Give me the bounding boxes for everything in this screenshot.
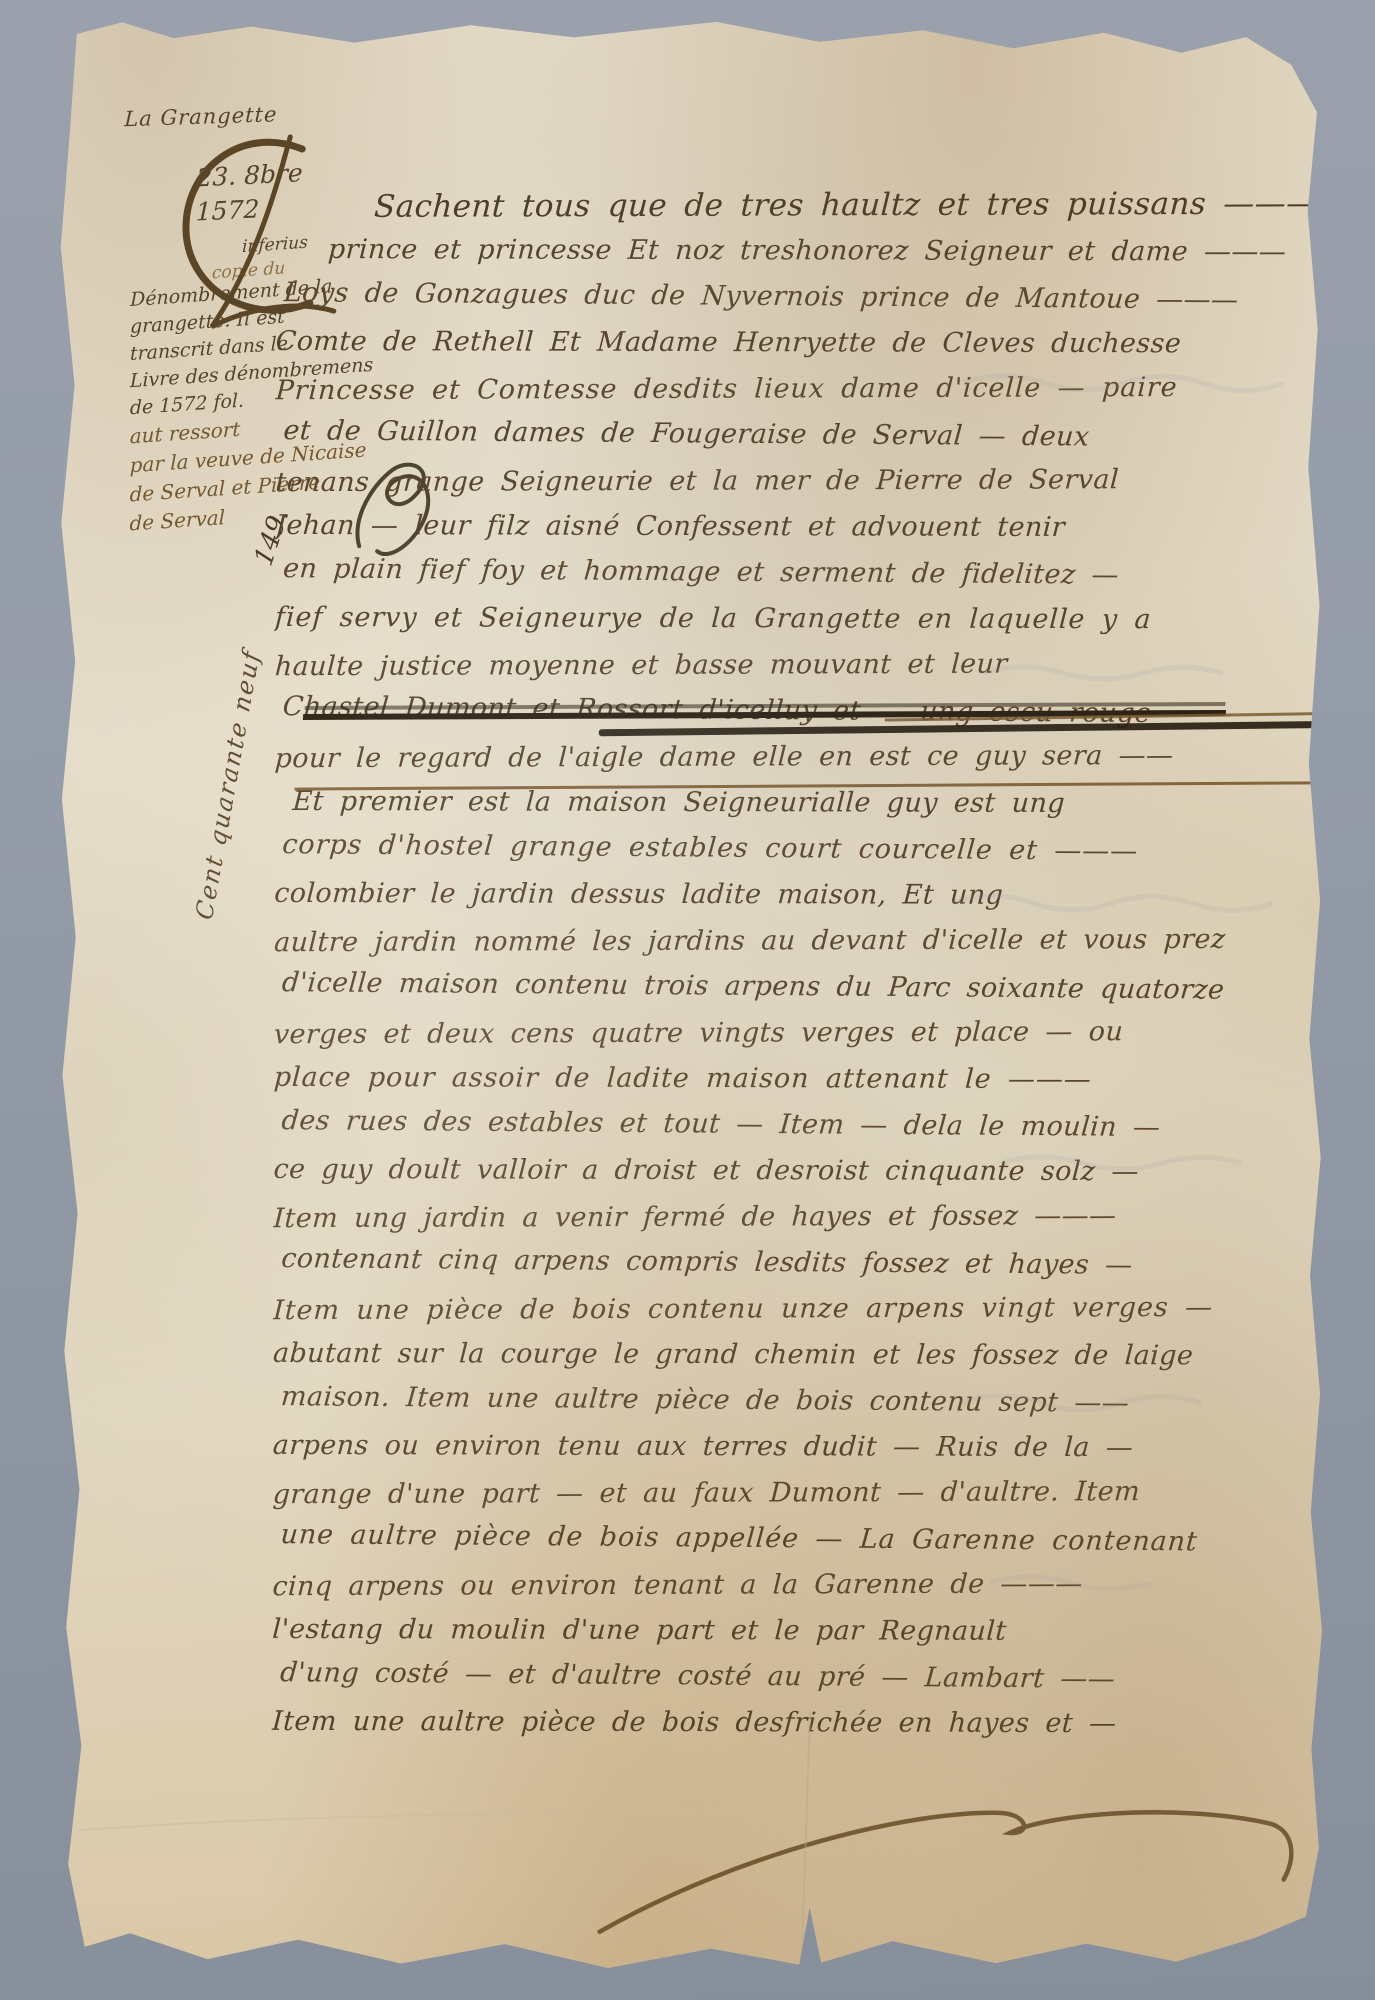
manuscript-line: des rues des estables et tout — Item — d… <box>280 1098 1356 1152</box>
manuscript-line: cinq arpens ou environ tenant a la Garen… <box>271 1560 1345 1610</box>
manuscript-line: prince et princesse Et noz treshonorez S… <box>275 227 1350 276</box>
manuscript-page: La Grangette 23. 8bre 1572 inferius copi… <box>39 10 1336 1985</box>
manuscript-line: d'icelle maison contenu trois arpens du … <box>280 960 1356 1014</box>
manuscript-line: pour le regard de l'aigle dame elle en e… <box>274 732 1348 782</box>
manuscript-line: Loys de Gonzagues duc de Nyvernois princ… <box>282 270 1358 324</box>
manuscript-line: Item une aultre pièce de bois desfrichée… <box>271 1699 1346 1748</box>
manuscript-line: Jehan — leur filz aisné Confessent et ad… <box>274 503 1349 552</box>
manuscript-line: tenans grange Seigneurie et la mer de Pi… <box>274 456 1348 506</box>
closing-flourish <box>580 1782 1320 1944</box>
manuscript-line: grange d'une part — et au faux Dumont — … <box>272 1468 1346 1518</box>
manuscript-line: en plain fief foy et hommage et serment … <box>281 546 1357 600</box>
manuscript-line: abutant sur la courge le grand chemin et… <box>272 1331 1347 1380</box>
manuscript-line: aultre jardin nommé les jardins au devan… <box>273 916 1347 966</box>
manuscript-line: place pour assoir de ladite maison atten… <box>273 1055 1348 1104</box>
manuscript-line: maison. Item une aultre pièce de bois co… <box>279 1374 1355 1428</box>
manuscript-line: arpens ou environ tenu aux terres dudit … <box>272 1423 1347 1472</box>
manuscript-line: Item ung jardin a venir fermé de hayes e… <box>272 1192 1346 1242</box>
manuscript-line: Item une pièce de bois contenu unze arpe… <box>272 1284 1346 1334</box>
manuscript-line: verges et deux cens quatre vingts verges… <box>273 1008 1347 1058</box>
manuscript-line: fief servy et Seigneurye de la Grangette… <box>274 595 1349 644</box>
manuscript-line: colombier le jardin dessus ladite maison… <box>273 871 1348 920</box>
manuscript-line: contenant cinq arpens compris lesdits fo… <box>280 1236 1356 1290</box>
manuscript-line: Comte de Rethell Et Madame Henryette de … <box>274 319 1349 368</box>
photograph-of-manuscript: La Grangette 23. 8bre 1572 inferius copi… <box>0 0 1375 2000</box>
manuscript-line: Princesse et Comtesse desdits lieux dame… <box>274 364 1348 414</box>
manuscript-line: une aultre pièce de bois appellée — La G… <box>279 1512 1355 1566</box>
manuscript-line: corps d'hostel grange estables court cou… <box>281 822 1357 876</box>
manuscript-line: et de Guillon dames de Fougeraise de Ser… <box>282 408 1358 462</box>
page-title-annotation: La Grangette <box>124 102 278 131</box>
margin-vertical-note: Cent quarante neuf <box>190 647 265 923</box>
manuscript-line: ce guy doult valloir a droist et desrois… <box>272 1147 1347 1196</box>
torn-edge-fibre <box>1330 978 1364 1001</box>
manuscript-line: haulte justice moyenne et basse mouvant … <box>274 640 1348 690</box>
manuscript-line: Sachent tous que de tres haultz et tres … <box>275 180 1349 230</box>
manuscript-line: d'ung costé — et d'aultre costé au pré —… <box>278 1650 1354 1704</box>
manuscript-line: l'estang du moulin d'une part et le par … <box>271 1607 1346 1656</box>
main-text-block: Sachent tous que de tres haultz et tres … <box>272 181 1348 1748</box>
paper-creases <box>39 1710 1332 1983</box>
